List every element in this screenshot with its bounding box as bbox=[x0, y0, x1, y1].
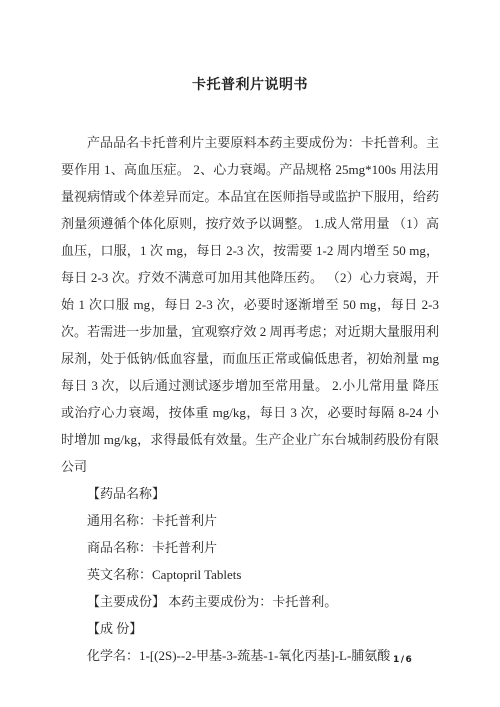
document-title: 卡托普利片说明书 bbox=[0, 74, 500, 94]
line-chemical-name: 化学名：1-[(2S)--2-甲基-3-巯基-1-氧化丙基]-L-脯氨酸 bbox=[61, 642, 439, 669]
document-page: 卡托普利片说明书 产品品名卡托普利片主要原料本药主要成份为：卡托普利。主要作用 … bbox=[0, 0, 500, 707]
document-body: 产品品名卡托普利片主要原料本药主要成份为：卡托普利。主要作用 1、高血压症。 2… bbox=[61, 129, 439, 669]
heading-drug-name: 【药品名称】 bbox=[61, 480, 439, 507]
paragraph-product-summary: 产品品名卡托普利片主要原料本药主要成份为：卡托普利。主要作用 1、高血压症。 2… bbox=[61, 129, 439, 480]
line-trade-name: 商品名称：卡托普利片 bbox=[61, 534, 439, 561]
page-number: 1/6 bbox=[393, 655, 413, 665]
line-generic-name: 通用名称：卡托普利片 bbox=[61, 507, 439, 534]
line-english-name: 英文名称：Captopril Tablets bbox=[61, 561, 439, 588]
heading-composition: 【成 份】 bbox=[61, 615, 439, 642]
heading-main-ingredients: 【主要成份】 本药主要成份为：卡托普利。 bbox=[61, 588, 439, 615]
